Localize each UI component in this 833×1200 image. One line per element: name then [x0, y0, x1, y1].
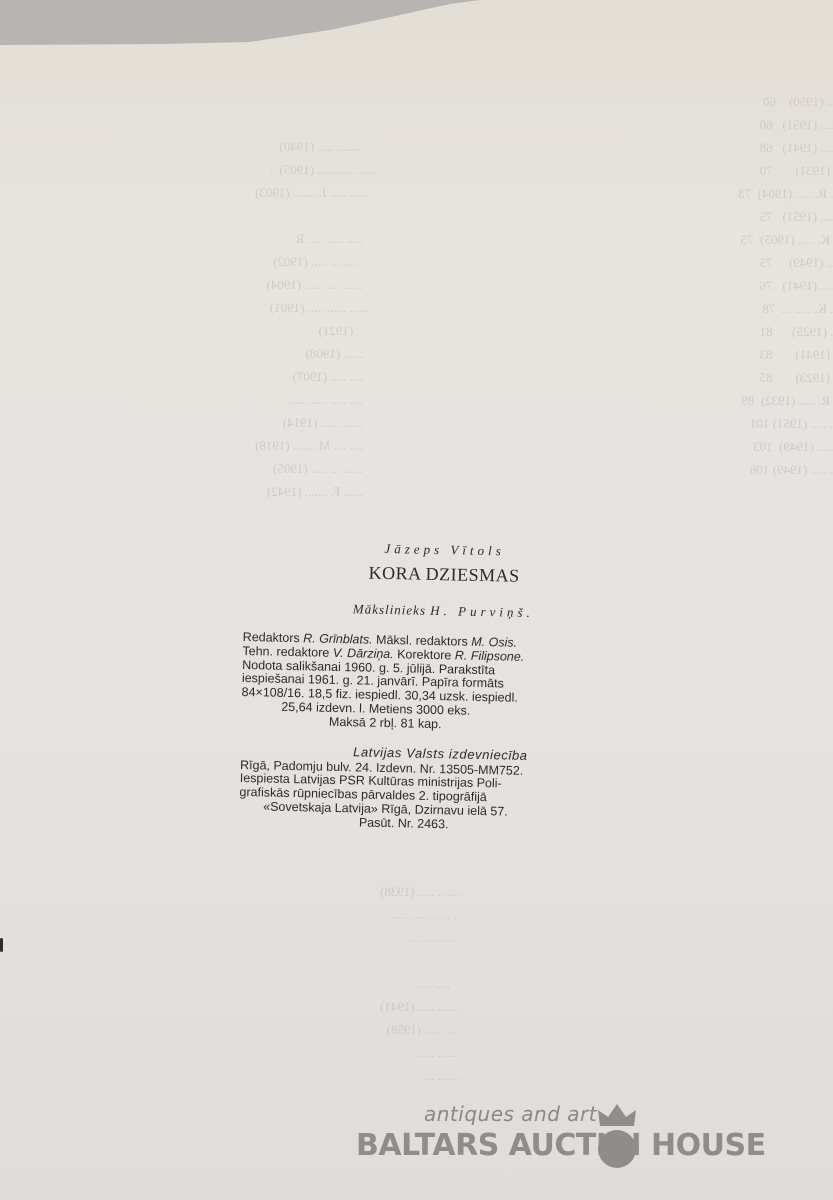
imprint-block: Rīgā, Padomju bulv. 24. Izdevn. Nr. 1350…: [239, 759, 640, 836]
artist-label: Mākslinieks: [353, 601, 426, 618]
author-name: Jāzeps Vītols: [244, 538, 644, 562]
bleed-through-text-3: .... .. ..... (1938) .. ..... ..... ....…: [380, 880, 467, 1087]
book-title: KORA DZIESMAS: [244, 560, 644, 589]
artist-credit: Mākslinieks H. Purviņš.: [243, 599, 643, 623]
watermark-tagline: antiques and art: [424, 1102, 597, 1126]
watermark-name: BALTARS AUCTI N HOUSE: [356, 1128, 766, 1163]
credits-block: Redaktors R. Grīnblats. Māksl. redaktors…: [241, 631, 643, 736]
auction-house-watermark: antiques and art BALTARS AUCTI N HOUSE: [356, 1100, 756, 1170]
crown-icon: [598, 1104, 636, 1126]
artist-name: H. Purviņš.: [430, 603, 534, 620]
book-page: ...... (1950) 60 ......... (1951) 60 ...…: [0, 0, 833, 1200]
page-edge-mark: [0, 938, 3, 952]
bleed-through-text-2: ....... ..... (1940) ..... ...... ..... …: [255, 135, 386, 503]
colophon: Jāzeps Vītols KORA DZIESMAS Mākslinieks …: [239, 530, 645, 836]
orb-icon: [598, 1130, 636, 1168]
bleed-through-text: ...... (1950) 60 ......... (1951) 60 ...…: [738, 90, 833, 481]
